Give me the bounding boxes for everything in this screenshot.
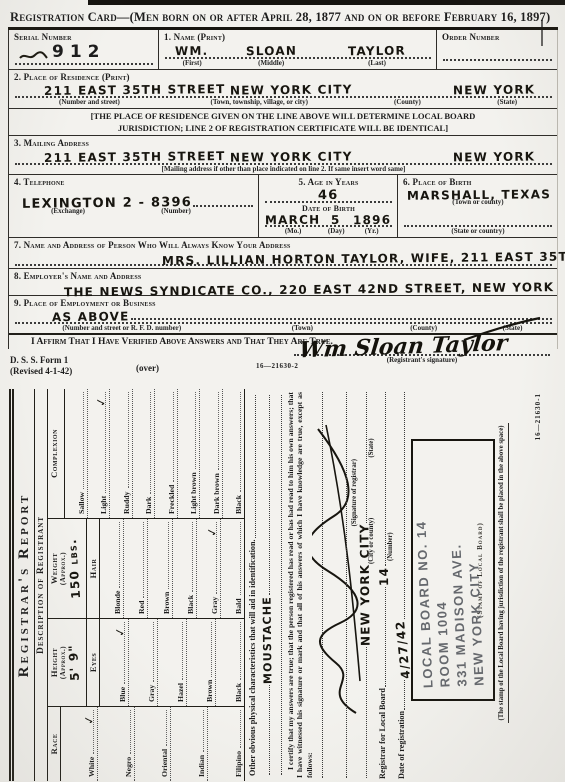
residence-city-caption: (Town, township, village, or city) — [165, 99, 354, 107]
name-middle-caption: (Middle) — [220, 60, 322, 68]
employment-town-caption: (Town) — [230, 325, 376, 333]
registrars-report-title: Registrar's Report — [9, 389, 35, 781]
eyes-header: Eyes — [87, 619, 100, 706]
local-board-stamp-box: (Stamp of Local Board) LOCAL BOARD NO. 1… — [411, 439, 495, 701]
age-label: 5. Age in Years — [264, 177, 393, 187]
dob-year-caption: (Yr.) — [350, 228, 393, 236]
local-board-line: Registrar for Local Board14 (Number) — [377, 389, 394, 781]
age-value: 46 — [318, 188, 339, 203]
complexion-option: Sallow — [77, 492, 86, 514]
registrar-signature-zone: (Signature of registrar) — [324, 389, 358, 781]
name-cell: 1. Name (Print) Wm. Sloan Taylor (First)… — [159, 30, 437, 69]
serial-number-label: Serial Number — [14, 32, 154, 42]
checkmark: ✓ — [81, 714, 97, 726]
dob-month-value: March — [265, 213, 320, 228]
race-row: Indian — [171, 707, 208, 781]
complexion-row: Light brown — [178, 389, 201, 518]
other-characteristics-block: Other obvious physical characteristics t… — [245, 389, 283, 781]
eyes-option: Brown — [205, 680, 214, 702]
hair-option: Black — [186, 595, 195, 614]
mailing-caption: [Mailing address if other than place ind… — [14, 166, 553, 174]
residence-state-caption: (State) — [461, 99, 553, 107]
hair-row: Bald — [221, 519, 244, 618]
mailing-city-value: New York City — [230, 149, 353, 164]
complexion-row: Ruddy — [110, 389, 133, 518]
employment-street-caption: (Number and street or R. F. D. number) — [14, 325, 230, 333]
checkmark: ✓ — [204, 526, 220, 538]
birthplace-state-caption: (State or country) — [403, 228, 553, 236]
complexion-option: Freckled — [167, 485, 176, 514]
checkmark: ✓ — [93, 396, 109, 408]
complexion-row: Light✓ — [88, 389, 111, 518]
order-number-label: Order Number — [442, 32, 553, 42]
eyes-row: Blue✓ — [100, 619, 129, 706]
dob-year-value: 1896 — [353, 213, 391, 227]
complexion-header: Complexion — [48, 389, 65, 518]
other-characteristics-label: Other obvious physical characteristics t… — [248, 539, 257, 776]
complexion-row: Black — [223, 389, 245, 518]
form-id-line1: D. S. S. Form 1 — [10, 355, 72, 365]
weight-hair-column: Weight (Approx.) 150 lbs. Hair Blonde Re… — [48, 519, 244, 619]
employment-value: As Above — [14, 309, 130, 324]
residence-county-caption: (County) — [354, 99, 462, 107]
weight-header: Weight — [49, 519, 59, 618]
race-row: White✓ — [61, 707, 98, 781]
hair-option: Red — [137, 601, 146, 614]
description-table: Race White✓ Negro Oriental Indian Filipi… — [48, 389, 245, 781]
residence-label: 2. Place of Residence (Print) — [14, 72, 553, 82]
birthplace-value: Marshall, Texas — [403, 187, 551, 203]
local-board-value: 14 — [377, 567, 391, 586]
complexion-row: Freckled — [155, 389, 178, 518]
employer-label: 8. Employer's Name and Address — [14, 271, 553, 281]
signature-flourish-stroke — [462, 316, 542, 342]
registration-date-label: Date of registration — [397, 711, 406, 779]
eyes-row: Black — [216, 619, 244, 706]
name-first-caption: (First) — [164, 60, 220, 68]
race-row: Filipino — [208, 707, 244, 781]
height-value: 5' 9" — [65, 619, 84, 707]
employment-label: 9. Place of Employment or Business — [14, 298, 553, 308]
race-option: Oriental — [160, 749, 169, 777]
complexion-row: Dark brown — [200, 389, 223, 518]
hair-row: Blonde — [100, 519, 124, 618]
hair-option: Brown — [162, 592, 171, 614]
complexion-option: Dark brown — [212, 473, 221, 514]
complexion-option: Black — [234, 495, 243, 514]
birthplace-label: 6. Place of Birth — [403, 177, 553, 187]
eyes-option: Blue — [118, 687, 127, 702]
registration-date-line: Date of registration 4/27/42 — [396, 389, 406, 781]
serial-number-value: 912 — [52, 42, 106, 62]
local-board-number-caption: (Number) — [387, 389, 394, 561]
registrar-city-value: New York City — [358, 524, 373, 647]
local-board-label: Registrar for Local Board — [378, 688, 387, 779]
dob-month-caption: (Mo.) — [264, 228, 322, 236]
dob-day-caption: (Day) — [322, 228, 350, 236]
age-cell: 5. Age in Years 46 Date of Birth March 5… — [259, 175, 398, 236]
contact-label: 7. Name and Address of Person Who Will A… — [14, 240, 553, 250]
name-first-value: Wm. — [175, 44, 208, 58]
race-row: Negro — [98, 707, 135, 781]
eyes-option: Black — [234, 683, 243, 702]
complexion-row: Sallow — [65, 389, 88, 518]
hair-row: Gray✓ — [197, 519, 221, 618]
eyes-option: Gray — [147, 685, 156, 702]
other-characteristics-value: Moustache — [261, 596, 275, 684]
back-print-code: 16—21630-1 — [534, 393, 542, 440]
height-eyes-column: Height (Approx.) 5' 9" Eyes Blue✓ Gray H… — [48, 619, 244, 707]
registrar-signature-caption: (Signature of registrar) — [351, 459, 358, 526]
mailing-label: 3. Mailing Address — [14, 138, 553, 148]
stamp-caption-rule — [508, 423, 509, 723]
eyes-row: Hazel — [158, 619, 187, 706]
race-option: White — [87, 757, 96, 777]
hair-row: Brown — [148, 519, 172, 618]
row-serial-name-order: Serial Number 912 1. Name (Print) Wm. — [9, 30, 557, 70]
complexion-option: Light — [99, 496, 108, 514]
state-caption: (State) — [368, 438, 375, 457]
dob-label: Date of Birth — [264, 204, 393, 213]
serial-scribble-mark — [18, 50, 48, 62]
complexion-option: Ruddy — [122, 491, 131, 514]
mailing-row: 3. Mailing Address 211 East 35th Street … — [9, 136, 557, 175]
birthplace-cell: 6. Place of Birth Marshall, Texas (Town … — [398, 175, 557, 236]
card-title: Registration Card—(Men born on or after … — [8, 7, 558, 30]
race-row: Oriental — [135, 707, 172, 781]
hair-option: Gray — [210, 597, 219, 614]
registrars-report-rotated-section: Registrar's Report Description of Regist… — [9, 389, 544, 782]
race-column: Race White✓ Negro Oriental Indian Filipi… — [48, 707, 244, 781]
complexion-column: Complexion Sallow Light✓ Ruddy Dark Frec… — [48, 389, 244, 519]
jurisdiction-note-line1: [THE PLACE OF RESIDENCE GIVEN ON THE LIN… — [9, 109, 557, 123]
telephone-cell: 4. Telephone Lexington 2 - 8396 (Exchang… — [9, 175, 259, 236]
scan-edge-line — [88, 0, 565, 5]
height-header: Height — [49, 619, 59, 706]
form-id-line2: (Revised 4-1-42) — [10, 366, 72, 376]
stamp-box-caption: (The stamp of the Local Board having jur… — [498, 423, 506, 723]
hair-option: Blonde — [113, 591, 122, 614]
name-label: 1. Name (Print) — [164, 32, 432, 42]
serial-number-cell: Serial Number 912 — [9, 30, 159, 69]
complexion-option: Light brown — [189, 472, 198, 514]
complexion-row: Dark — [133, 389, 156, 518]
name-last-value: Taylor — [348, 44, 406, 59]
registrar-certification-text: I certify that my answers are true; that… — [283, 389, 315, 781]
hair-row: Black — [173, 519, 197, 618]
eyes-row: Brown — [187, 619, 216, 706]
registrar-city-line: New York City (City or county) (State) — [358, 389, 375, 781]
registration-card-scan: Registration Card—(Men born on or after … — [0, 0, 565, 782]
dob-day-value: 5 — [331, 213, 341, 227]
over-note: (over) — [136, 363, 159, 373]
order-number-cell: Order Number — [437, 30, 557, 69]
mailing-state-value: New York — [453, 149, 535, 164]
residence-row: 2. Place of Residence (Print) 211 East 3… — [9, 70, 557, 109]
residence-street-value: 211 East 35th Street — [44, 82, 226, 98]
employer-row: 8. Employer's Name and Address The News … — [9, 269, 557, 296]
hair-option: Bald — [234, 598, 243, 614]
row-telephone-age-birth: 4. Telephone Lexington 2 - 8396 (Exchang… — [9, 175, 557, 237]
race-option: Indian — [197, 755, 206, 777]
telephone-label: 4. Telephone — [14, 177, 254, 187]
complexion-option: Dark — [144, 497, 153, 514]
race-option: Filipino — [234, 751, 243, 777]
jurisdiction-note: [THE PLACE OF RESIDENCE GIVEN ON THE LIN… — [9, 109, 557, 136]
jurisdiction-note-line2: JURISDICTION; LINE 2 OF REGISTRATION CER… — [9, 123, 557, 135]
hair-header: Hair — [87, 519, 100, 618]
hair-row: Red — [124, 519, 148, 618]
race-option: Negro — [124, 757, 133, 777]
residence-city-value: New York City — [230, 83, 353, 98]
checkmark: ✓ — [112, 626, 128, 638]
race-header: Race — [48, 707, 61, 781]
name-last-caption: (Last) — [322, 60, 432, 68]
residence-state-value: New York — [453, 83, 535, 98]
contact-row: 7. Name and Address of Person Who Will A… — [9, 238, 557, 269]
telephone-value: Lexington 2 - 8396 — [14, 195, 192, 212]
eyes-option: Hazel — [176, 683, 185, 702]
eyes-row: Gray — [129, 619, 158, 706]
mailing-street-value: 211 East 35th Street — [44, 149, 226, 165]
name-middle-value: Sloan — [246, 44, 297, 59]
description-of-registrant-subtitle: Description of Registrant — [35, 389, 48, 781]
residence-street-caption: (Number and street) — [14, 99, 165, 107]
local-board-stamp: LOCAL BOARD NO. 14 ROOM 1004 331 MADISON… — [414, 518, 489, 688]
